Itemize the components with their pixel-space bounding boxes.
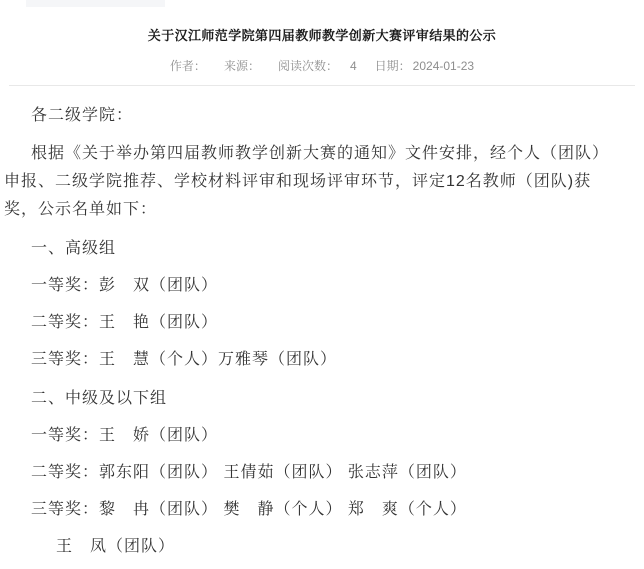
award-line-intermediate-first-prize: 一等奖：王 娇（团队） bbox=[4, 422, 632, 450]
award-line-senior-third-prize: 三等奖：王 慧（个人）万雅琴（团队） bbox=[4, 346, 632, 374]
top-bar-fragment bbox=[26, 0, 165, 7]
meta-date-value: 2024-01-23 bbox=[413, 59, 474, 73]
award-line-intermediate-third-prize: 三等奖：黎 冉（团队） 樊 静（个人） 郑 爽（个人） bbox=[4, 496, 632, 524]
article-body: 各二级学院： 根据《关于举办第四届教师教学创新大赛的通知》文件安排，经个人（团队… bbox=[0, 102, 644, 561]
salutation: 各二级学院： bbox=[4, 102, 632, 130]
meta-source: 来源： bbox=[224, 59, 260, 73]
award-line-senior-first-prize: 一等奖：彭 双（团队） bbox=[4, 272, 632, 300]
meta-views-label: 阅读次数： bbox=[278, 59, 338, 73]
award-line-intermediate-second-prize: 二等奖：郭东阳（团队） 王倩茹（团队） 张志萍（团队） bbox=[4, 459, 632, 487]
meta-author: 作者： bbox=[170, 59, 206, 73]
intro-paragraph: 根据《关于举办第四届教师教学创新大赛的通知》文件安排，经个人（团队） 申报、二级… bbox=[4, 140, 632, 224]
page-title: 关于汉江师范学院第四届教师教学创新大赛评审结果的公示 bbox=[16, 27, 628, 45]
section-heading-intermediate-group: 二、中级及以下组 bbox=[4, 385, 632, 413]
meta-date: 日期： 2024-01-23 bbox=[375, 59, 474, 73]
meta-views: 阅读次数： 4 bbox=[278, 59, 357, 73]
meta-author-label: 作者： bbox=[170, 59, 206, 73]
meta-views-value: 4 bbox=[350, 59, 357, 73]
section-heading-senior-group: 一、高级组 bbox=[4, 235, 632, 263]
meta-source-label: 来源： bbox=[224, 59, 260, 73]
meta-date-label: 日期： bbox=[375, 59, 411, 73]
article-meta: 作者： 来源： 阅读次数： 4 日期： 2024-01-23 bbox=[0, 59, 644, 73]
award-line-intermediate-third-prize-continuation: 王 凤（团队） bbox=[56, 533, 632, 561]
header-divider bbox=[9, 85, 635, 86]
award-line-senior-second-prize: 二等奖：王 艳（团队） bbox=[4, 309, 632, 337]
